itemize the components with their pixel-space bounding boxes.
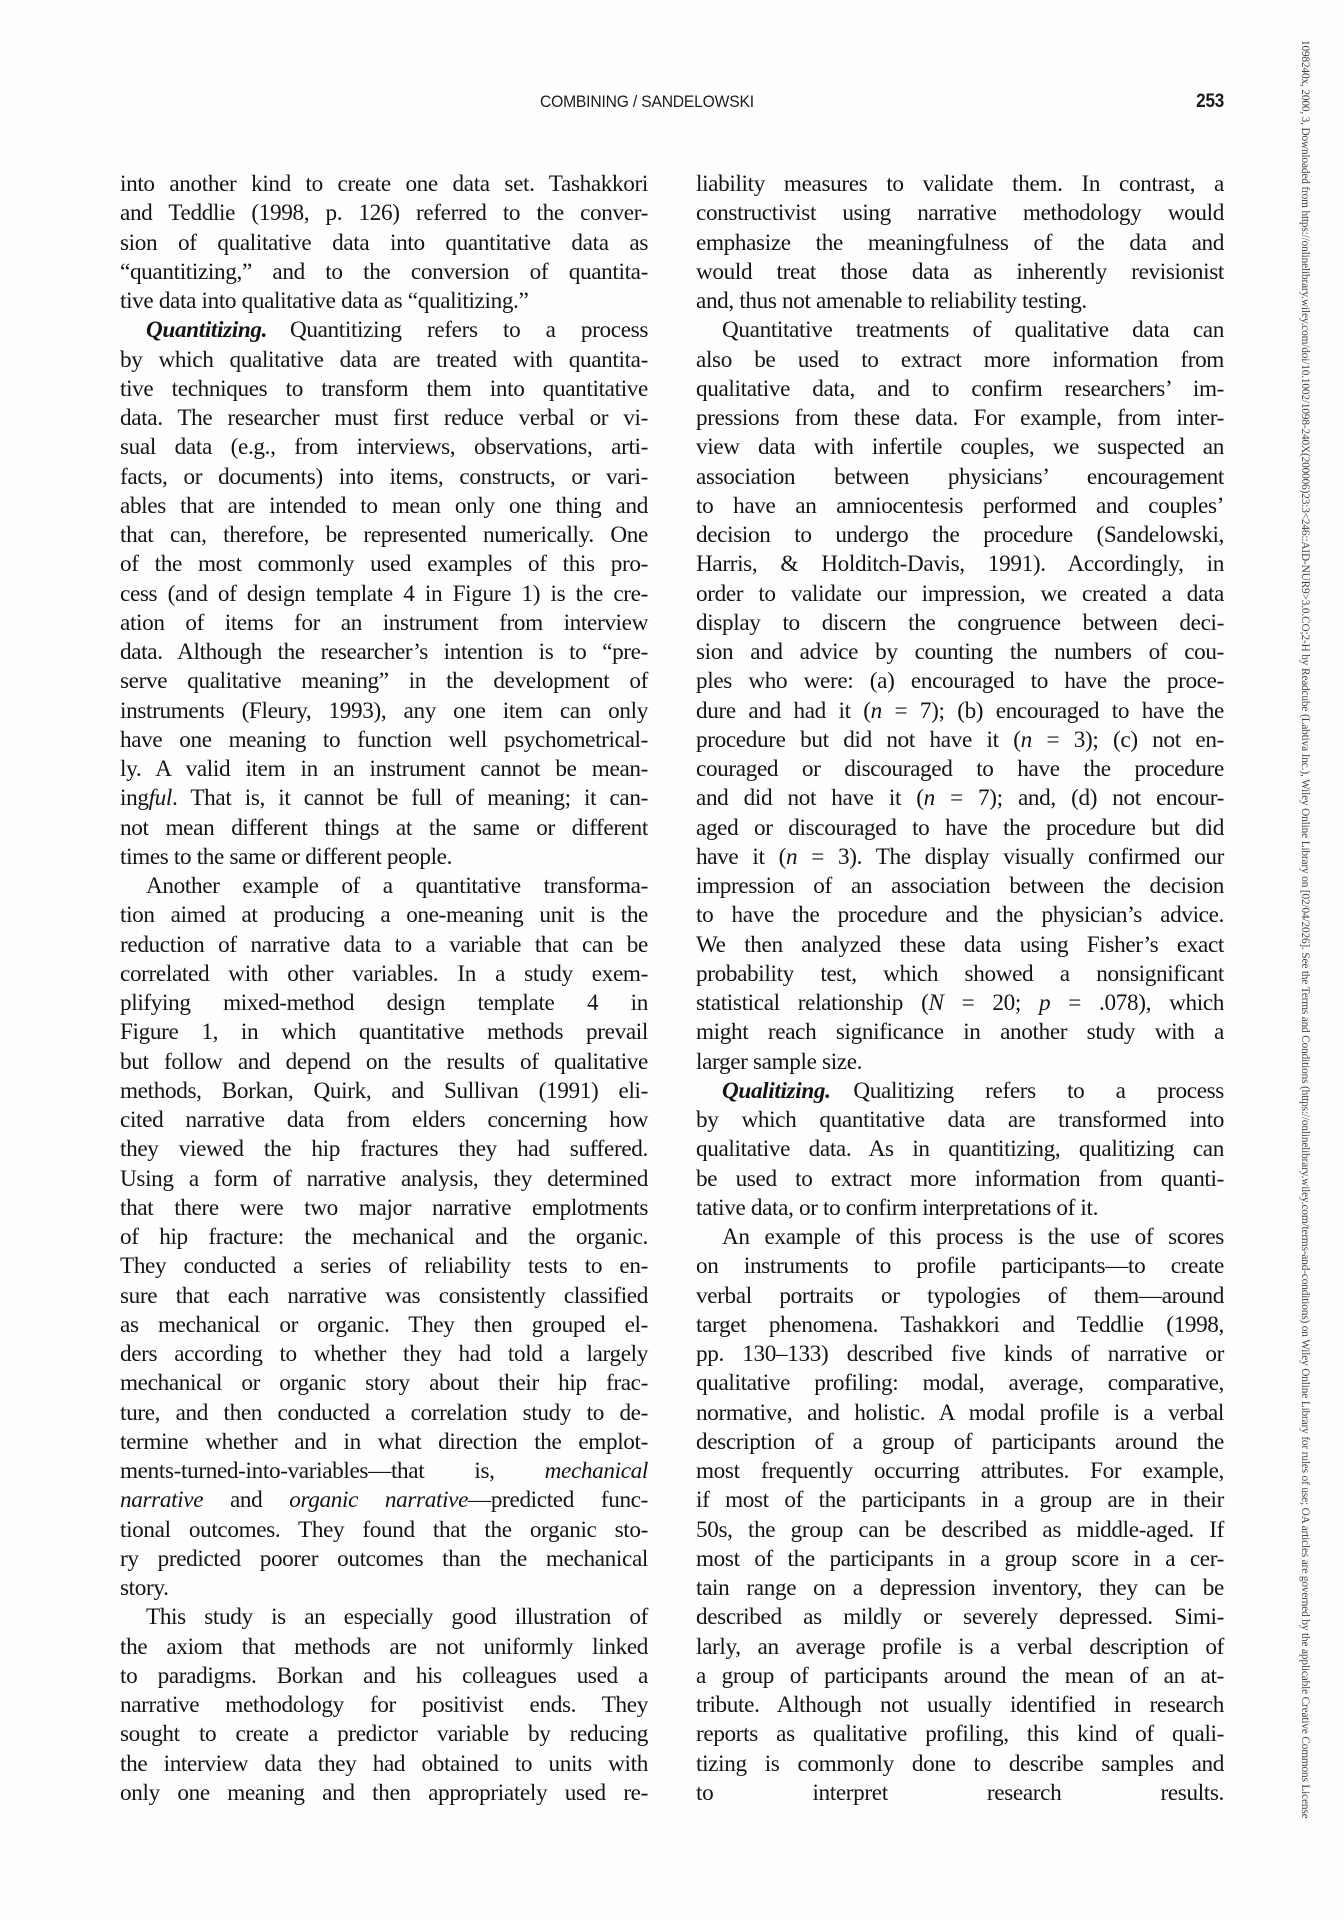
text-line: narrative and organic narrative—predicte… xyxy=(120,1486,648,1515)
text-line: have it (n = 3). The display visually co… xyxy=(696,843,1224,872)
text-line: Figure 1, in which quantitative methods … xyxy=(120,1018,648,1047)
text-line: pressions from these data. For example, … xyxy=(696,404,1224,433)
section-heading-quantitizing: Quantitizing. xyxy=(146,317,267,343)
text-line: tizing is commonly done to describe samp… xyxy=(696,1750,1224,1779)
text-line: order to validate our impression, we cre… xyxy=(696,580,1224,609)
text-line: emphasize the meaningfulness of the data… xyxy=(696,229,1224,258)
text-line: sion of qualitative data into quantitati… xyxy=(120,229,648,258)
text-line: qualitative profiling: modal, average, c… xyxy=(696,1369,1224,1398)
text-line: of the most commonly used examples of th… xyxy=(120,550,648,579)
download-notice-text: 1098240x, 2000, 3, Downloaded from https… xyxy=(1299,40,1311,1819)
text-line: ture, and then conducted a correlation s… xyxy=(120,1399,648,1428)
text-line: An example of this process is the use of… xyxy=(696,1223,1224,1252)
text-line: they viewed the hip fractures they had s… xyxy=(120,1135,648,1164)
text-line: that can, therefore, be represented nume… xyxy=(120,521,648,550)
text-line: data. The researcher must first reduce v… xyxy=(120,404,648,433)
text-line: tative data, or to confirm interpretatio… xyxy=(696,1194,1224,1223)
page-number: 253 xyxy=(1196,91,1224,113)
text-line: have one meaning to function well psycho… xyxy=(120,726,648,755)
text-line: story. xyxy=(120,1574,648,1603)
text-line: also be used to extract more information… xyxy=(696,346,1224,375)
text-line: sion and advice by counting the numbers … xyxy=(696,638,1224,667)
text-line: 50s, the group can be described as middl… xyxy=(696,1516,1224,1545)
text-line: to have an amniocentesis performed and c… xyxy=(696,492,1224,521)
text-line: and, thus not amenable to reliability te… xyxy=(696,287,1224,316)
text-line: correlated with other variables. In a st… xyxy=(120,960,648,989)
text-line: might reach significance in another stud… xyxy=(696,1018,1224,1047)
text-line: termine whether and in what direction th… xyxy=(120,1428,648,1457)
text-line: tive data into qualitative data as “qual… xyxy=(120,287,648,316)
text-line: Another example of a quantitative transf… xyxy=(120,872,648,901)
text-line: on instruments to profile participants—t… xyxy=(696,1252,1224,1281)
text-line: ples who were: (a) encouraged to have th… xyxy=(696,667,1224,696)
text-line: by which qualitative data are treated wi… xyxy=(120,346,648,375)
text-line: This study is an especially good illustr… xyxy=(120,1603,648,1632)
text-line: probability test, which showed a nonsign… xyxy=(696,960,1224,989)
text-line: would treat those data as inherently rev… xyxy=(696,258,1224,287)
text-line: association between physicians’ encourag… xyxy=(696,463,1224,492)
text-line: of hip fracture: the mechanical and the … xyxy=(120,1223,648,1252)
text-line: We then analyzed these data using Fisher… xyxy=(696,931,1224,960)
text-line: to have the procedure and the physician’… xyxy=(696,901,1224,930)
left-column: into another kind to create one data set… xyxy=(120,170,648,1808)
text-line: the axiom that methods are not uniformly… xyxy=(120,1633,648,1662)
download-notice-margin: 1098240x, 2000, 3, Downloaded from https… xyxy=(1293,40,1315,1880)
text-line: to interpret research results. xyxy=(696,1779,1224,1808)
text-line: tional outcomes. They found that the org… xyxy=(120,1516,648,1545)
text-line: larly, an average profile is a verbal de… xyxy=(696,1633,1224,1662)
text-line: decision to undergo the procedure (Sande… xyxy=(696,521,1224,550)
text-line: plifying mixed-method design template 4 … xyxy=(120,989,648,1018)
text-line: ry predicted poorer outcomes than the me… xyxy=(120,1545,648,1574)
text-line: tribute. Although not usually identified… xyxy=(696,1691,1224,1720)
text-line: qualitative data. As in quantitizing, qu… xyxy=(696,1135,1224,1164)
running-title: COMBINING / SANDELOWSKI xyxy=(540,92,754,112)
text-line: sual data (e.g., from interviews, observ… xyxy=(120,433,648,462)
text-line: a group of participants around the mean … xyxy=(696,1662,1224,1691)
text-line: to paradigms. Borkan and his colleagues … xyxy=(120,1662,648,1691)
text-line: if most of the participants in a group a… xyxy=(696,1486,1224,1515)
text-line: aged or discouraged to have the procedur… xyxy=(696,814,1224,843)
text-line: couraged or discouraged to have the proc… xyxy=(696,755,1224,784)
text-line: instruments (Fleury, 1993), any one item… xyxy=(120,697,648,726)
text-line: dure and had it (n = 7); (b) encouraged … xyxy=(696,697,1224,726)
text-line: larger sample size. xyxy=(696,1048,1224,1077)
text-line: sought to create a predictor variable by… xyxy=(120,1720,648,1749)
text-line: ingful. That is, it cannot be full of me… xyxy=(120,784,648,813)
text-line: described as mildly or severely depresse… xyxy=(696,1603,1224,1632)
text-line: ders according to whether they had told … xyxy=(120,1340,648,1369)
text-line: only one meaning and then appropriately … xyxy=(120,1779,648,1808)
text-line: Quantitizing. Quantitizing refers to a p… xyxy=(120,316,648,345)
text-line: reduction of narrative data to a variabl… xyxy=(120,931,648,960)
text-line: Qualitizing. Qualitizing refers to a pro… xyxy=(696,1077,1224,1106)
text-line: by which quantitative data are transform… xyxy=(696,1106,1224,1135)
text-line: cess (and of design template 4 in Figure… xyxy=(120,580,648,609)
text-line: cited narrative data from elders concern… xyxy=(120,1106,648,1135)
text-line: tive techniques to transform them into q… xyxy=(120,375,648,404)
text-line: most frequently occurring attributes. Fo… xyxy=(696,1457,1224,1486)
text-line: view data with infertile couples, we sus… xyxy=(696,433,1224,462)
text-line: serve qualitative meaning” in the develo… xyxy=(120,667,648,696)
text-line: be used to extract more information from… xyxy=(696,1165,1224,1194)
text-line: constructivist using narrative methodolo… xyxy=(696,199,1224,228)
text-line: display to discern the congruence betwee… xyxy=(696,609,1224,638)
text-line: tain range on a depression inventory, th… xyxy=(696,1574,1224,1603)
text-line: statistical relationship (N = 20; p = .0… xyxy=(696,989,1224,1018)
text-line: reports as qualitative profiling, this k… xyxy=(696,1720,1224,1749)
text-line: description of a group of participants a… xyxy=(696,1428,1224,1457)
text-line: ments-turned-into-variables—that is, mec… xyxy=(120,1457,648,1486)
text-line: “quantitizing,” and to the conversion of… xyxy=(120,258,648,287)
right-column: liability measures to validate them. In … xyxy=(696,170,1224,1837)
text-line: They conducted a series of reliability t… xyxy=(120,1252,648,1281)
text-line: qualitative data, and to confirm researc… xyxy=(696,375,1224,404)
text-line: ation of items for an instrument from in… xyxy=(120,609,648,638)
document-page: COMBINING / SANDELOWSKI 253 into another… xyxy=(0,0,1344,1920)
text-line: facts, or documents) into items, constru… xyxy=(120,463,648,492)
text-line: target phenomena. Tashakkori and Teddlie… xyxy=(696,1311,1224,1340)
section-heading-qualitizing: Qualitizing. xyxy=(722,1078,831,1104)
text-line: the interview data they had obtained to … xyxy=(120,1750,648,1779)
text-line: Using a form of narrative analysis, they… xyxy=(120,1165,648,1194)
text-line: ly. A valid item in an instrument cannot… xyxy=(120,755,648,784)
text-line: that there were two major narrative empl… xyxy=(120,1194,648,1223)
text-line: data. Although the researcher’s intentio… xyxy=(120,638,648,667)
text-line: narrative methodology for positivist end… xyxy=(120,1691,648,1720)
text-line: mechanical or organic story about their … xyxy=(120,1369,648,1398)
text-line xyxy=(696,1808,1224,1837)
text-line: impression of an association between the… xyxy=(696,872,1224,901)
text-line: normative, and holistic. A modal profile… xyxy=(696,1399,1224,1428)
text-line: and Teddlie (1998, p. 126) referred to t… xyxy=(120,199,648,228)
text-line: methods, Borkan, Quirk, and Sullivan (19… xyxy=(120,1077,648,1106)
text-line: sure that each narrative was consistentl… xyxy=(120,1282,648,1311)
text-line: not mean different things at the same or… xyxy=(120,814,648,843)
text-line: into another kind to create one data set… xyxy=(120,170,648,199)
text-line: ables that are intended to mean only one… xyxy=(120,492,648,521)
text-line: as mechanical or organic. They then grou… xyxy=(120,1311,648,1340)
running-head: COMBINING / SANDELOWSKI 253 xyxy=(120,92,1224,116)
text-line: pp. 130–133) described five kinds of nar… xyxy=(696,1340,1224,1369)
text-line: but follow and depend on the results of … xyxy=(120,1048,648,1077)
text-line: Harris, & Holditch-Davis, 1991). Accordi… xyxy=(696,550,1224,579)
text-line: tion aimed at producing a one-meaning un… xyxy=(120,901,648,930)
text-line: verbal portraits or typologies of them—a… xyxy=(696,1282,1224,1311)
text-line: times to the same or different people. xyxy=(120,843,648,872)
text-line: and did not have it (n = 7); and, (d) no… xyxy=(696,784,1224,813)
text-line: most of the participants in a group scor… xyxy=(696,1545,1224,1574)
text-line: procedure but did not have it (n = 3); (… xyxy=(696,726,1224,755)
text-line: Quantitative treatments of qualitative d… xyxy=(696,316,1224,345)
text-line: liability measures to validate them. In … xyxy=(696,170,1224,199)
